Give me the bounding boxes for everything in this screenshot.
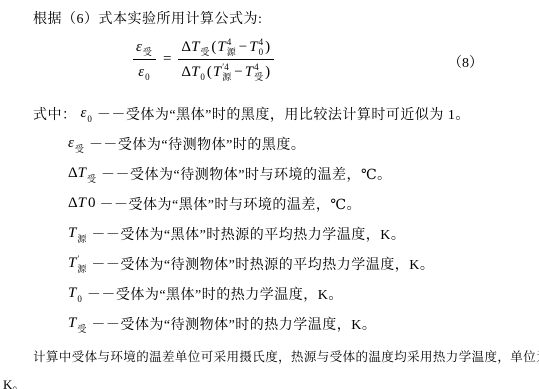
definition-text: －－受体为“待测物体”时与环境的温差，℃。: [101, 164, 392, 184]
t-symbol: T: [249, 39, 257, 56]
definition-text: －－受体为“待测物体”时的黑度。: [89, 134, 305, 154]
definition-epsilon-shou: ε受 －－受体为“待测物体”时的黑度。: [68, 133, 539, 154]
closing-paragraph: 计算中受体与环境的温差单位可采用摄氏度，热源与受体的温度均采用热力学温度，单位为…: [0, 347, 539, 389]
lhs-denominator: ε0: [138, 60, 150, 82]
subscript-stack: 0: [200, 62, 205, 82]
t-symbol: T: [191, 64, 199, 81]
lhs-fraction: ε受 ε0: [133, 37, 156, 82]
rhs-fraction: ΔT受(T4源−T40) ΔT0(T′4源−T4受): [178, 37, 274, 82]
t-symbol: T: [191, 39, 199, 56]
minus-sign: −: [239, 39, 247, 56]
intro-line: 根据（6）式本实验所用计算公式为:: [33, 0, 539, 28]
definition-t-0: T0 －－受体为“黑体”时的热力学温度，K。: [68, 283, 539, 304]
symbol: T0: [68, 284, 83, 304]
symbol: ΔT0: [68, 194, 96, 214]
rhs-numerator: ΔT受(T4源−T40): [178, 37, 274, 60]
epsilon-symbol: ε: [138, 64, 144, 81]
definition-t-shou: T受 －－受体为“待测物体”时的热力学温度，K。: [68, 313, 539, 334]
t-symbol: T: [245, 64, 253, 81]
open-paren: (: [211, 39, 216, 56]
lhs-numerator: ε受: [133, 37, 156, 60]
subscript-stack: 受: [200, 37, 209, 57]
minus-sign: −: [234, 64, 242, 81]
supsub-stack: 4受: [254, 62, 263, 82]
delta-symbol: Δ: [181, 64, 191, 81]
document-page: { "colors": { "background": "#ffffff", "…: [0, 0, 539, 389]
open-paren: (: [207, 64, 212, 81]
definition-text: －－受体为“黑体”时与环境的温差，℃。: [100, 194, 362, 214]
symbol: T受: [68, 314, 87, 334]
t-symbol: T: [217, 39, 225, 56]
definition-delta-t-0: ΔT0 －－受体为“黑体”时与环境的温差，℃。: [68, 193, 539, 214]
definition-delta-t-shou: ΔT受 －－受体为“待测物体”时与环境的温差，℃。: [68, 163, 539, 184]
subscript-stack: 0: [145, 62, 150, 82]
symbol: ε受: [68, 134, 85, 154]
subscript-stack: 受: [143, 37, 152, 57]
definition-text: －－受体为“待测物体”时的热力学温度，K。: [91, 314, 376, 334]
t-symbol: T: [213, 64, 221, 81]
symbol: T源: [68, 224, 87, 244]
equals-sign: =: [163, 51, 171, 68]
delta-symbol: Δ: [181, 39, 191, 56]
symbol: ΔT受: [68, 164, 97, 184]
symbol: ε0: [81, 104, 93, 124]
equation-number: （8）: [448, 52, 483, 72]
symbol-definitions: 式中： ε0 －－受体为“黑体”时的黑度，用比较法计算时可近似为 1。 ε受 －…: [0, 103, 539, 334]
supsub-stack: 4源: [227, 37, 236, 57]
closing-line-1: 计算中受体与环境的温差单位可采用摄氏度，热源与受体的温度均采用热力学温度，单位为: [33, 347, 539, 365]
definition-text: －－受体为“待测物体”时热源的平均热力学温度，K。: [91, 254, 434, 274]
definition-t-yuan-prime: T′源 －－受体为“待测物体”时热源的平均热力学温度，K。: [68, 253, 539, 274]
close-paren: ): [265, 64, 270, 81]
close-paren: ): [265, 39, 270, 56]
supsub-stack: 40: [259, 37, 264, 57]
closing-line-2: K。: [3, 374, 539, 389]
definition-text: －－受体为“黑体”时的黑度，用比较法计算时可近似为 1。: [97, 104, 470, 124]
definition-text: －－受体为“黑体”时热源的平均热力学温度，K。: [91, 224, 405, 244]
equation-row: ε受 ε0 = ΔT受(T4源−T40) ΔT0(T′4源−T4受) （8）: [0, 35, 539, 91]
supsub-stack: ′4源: [222, 62, 231, 82]
definition-epsilon-0: 式中： ε0 －－受体为“黑体”时的黑度，用比较法计算时可近似为 1。: [33, 103, 539, 124]
document-body: 根据（6）式本实验所用计算公式为: ε受 ε0 = ΔT受(T4源−T40) Δ…: [0, 0, 539, 389]
rhs-denominator: ΔT0(T′4源−T4受): [181, 60, 271, 82]
epsilon-symbol: ε: [136, 39, 142, 56]
definition-t-yuan: T源 －－受体为“黑体”时热源的平均热力学温度，K。: [68, 223, 539, 244]
definition-text: －－受体为“黑体”时的热力学温度，K。: [87, 284, 343, 304]
equation-8: ε受 ε0 = ΔT受(T4源−T40) ΔT0(T′4源−T4受): [133, 37, 274, 82]
where-label: 式中：: [33, 104, 77, 124]
symbol: T′源: [68, 254, 87, 274]
